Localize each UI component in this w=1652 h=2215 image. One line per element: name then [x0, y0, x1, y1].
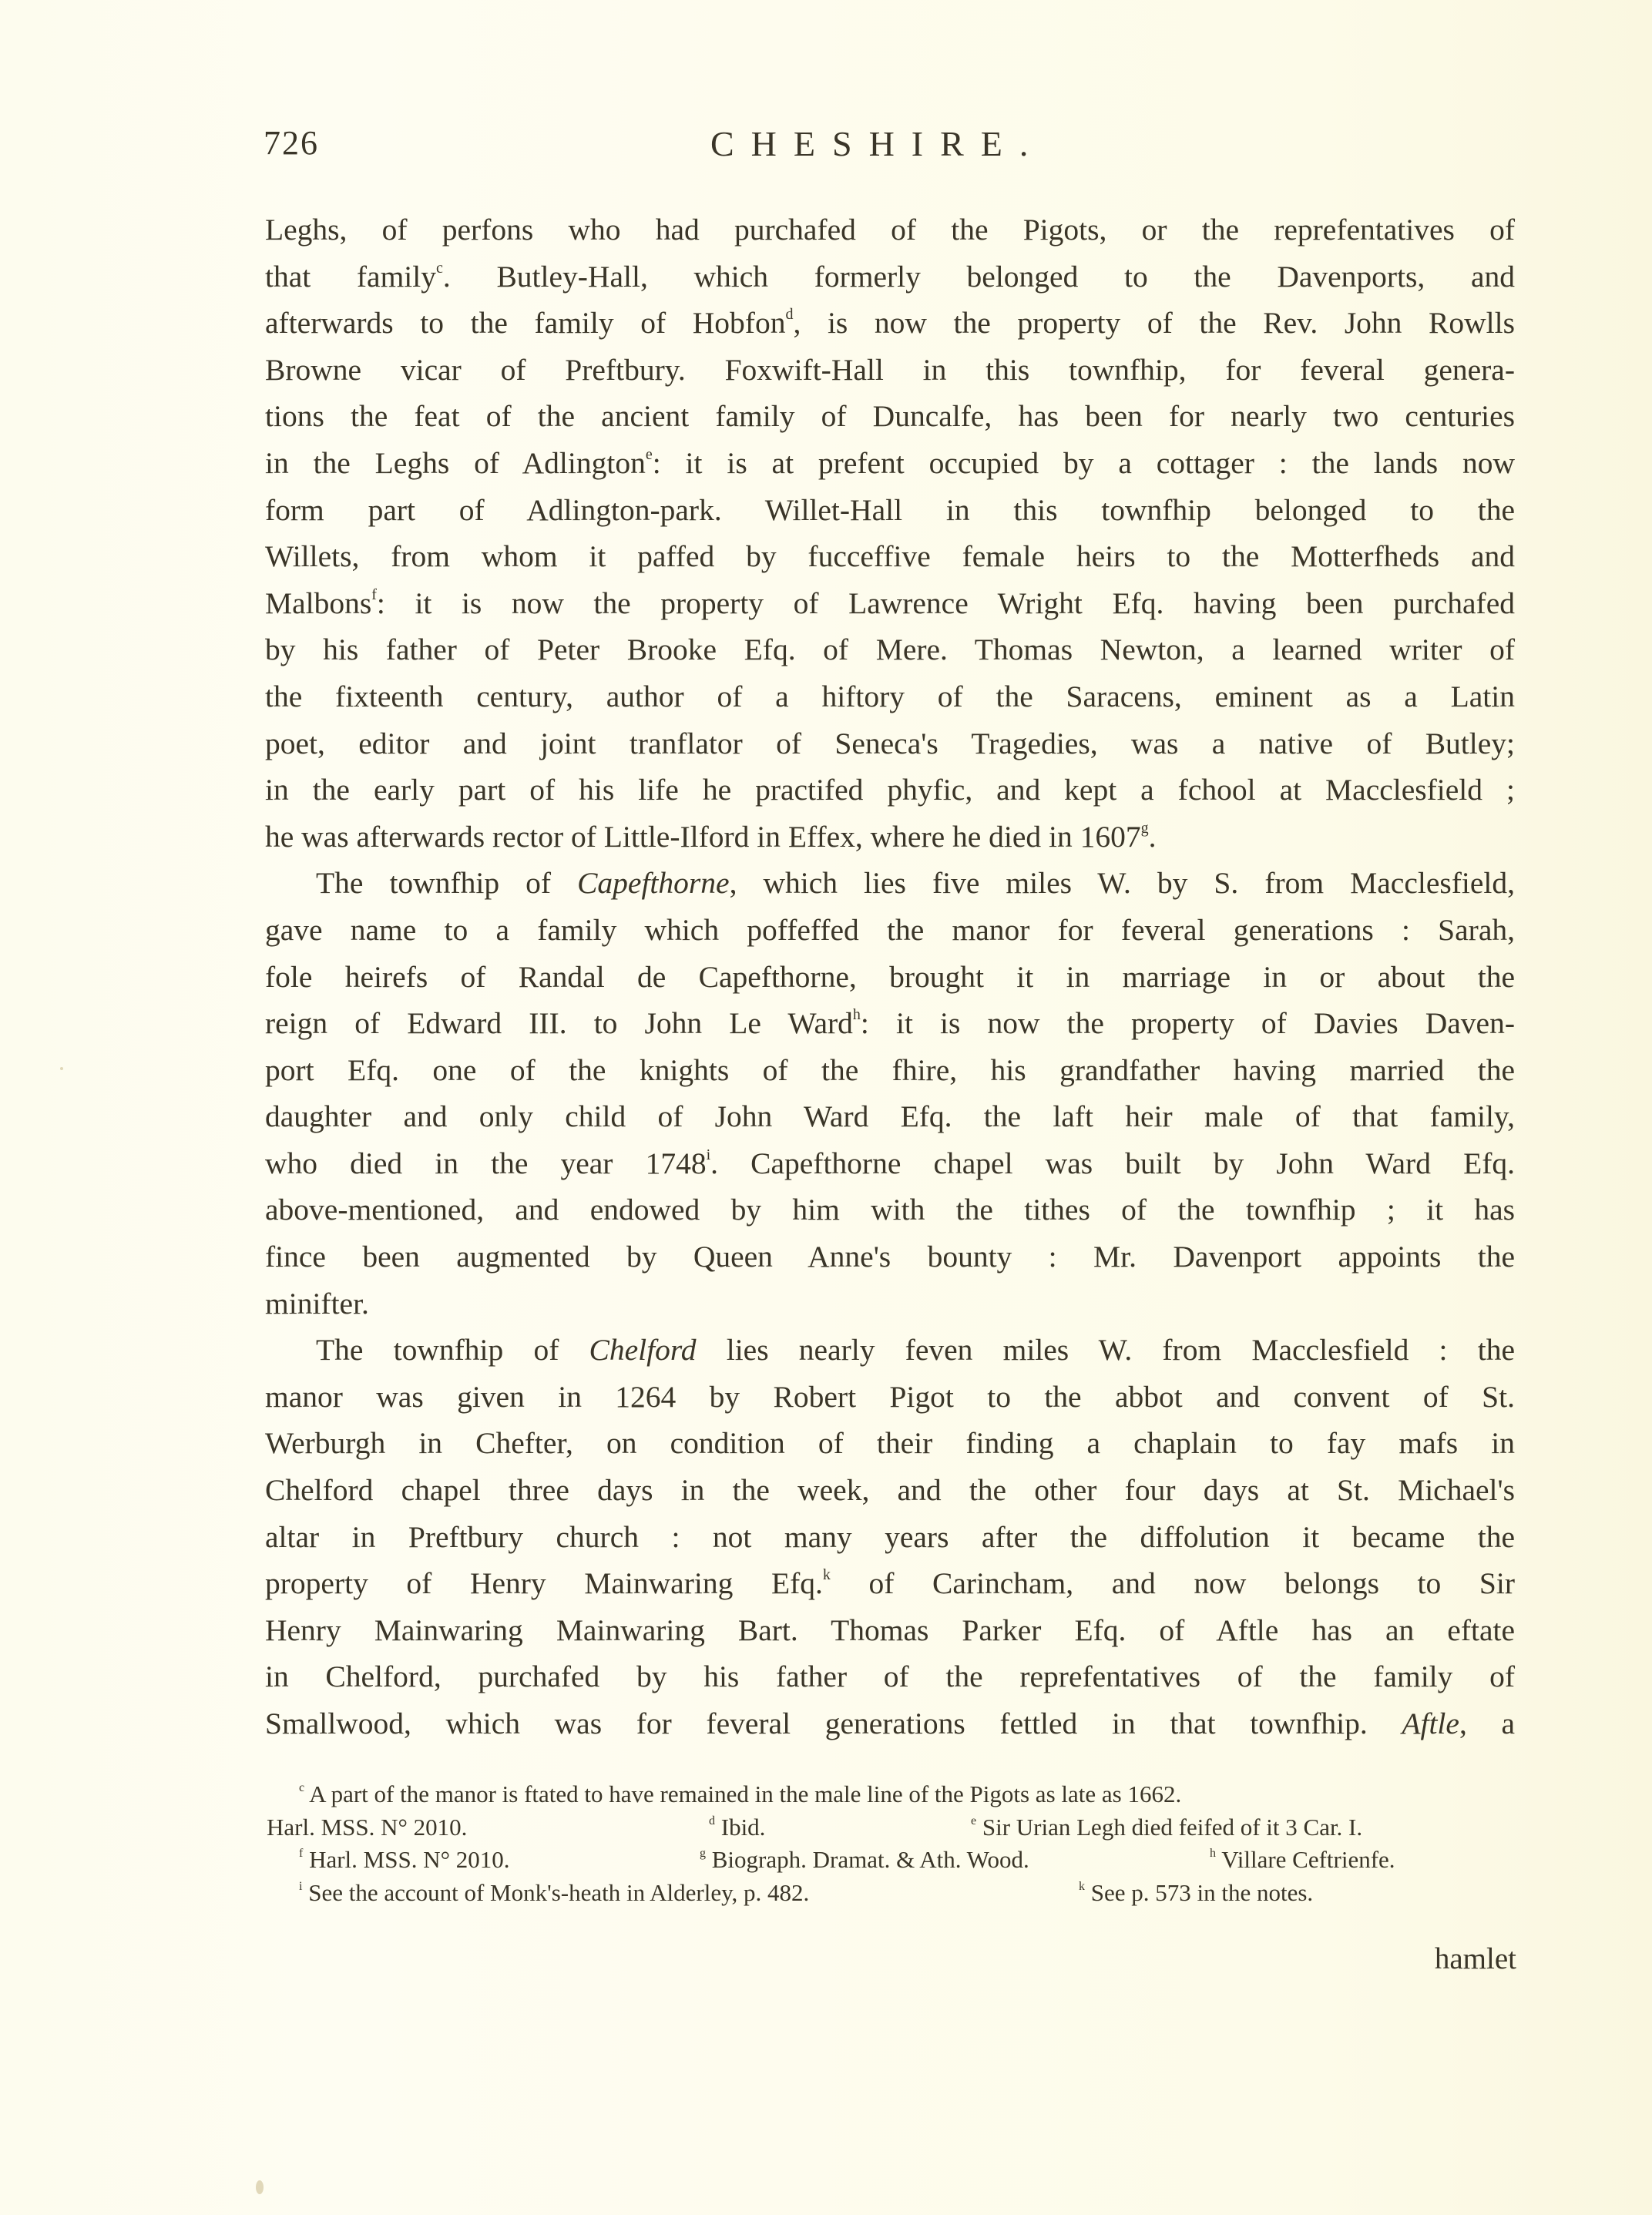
page-number: 726	[264, 123, 319, 163]
text-run: afterwards to the family of Hobfon	[265, 306, 785, 340]
footnote-marker: k	[1079, 1880, 1085, 1893]
text-line: property of Henry Mainwaring Efq.k of Ca…	[265, 1560, 1515, 1607]
text-line: Browne vicar of Preftbury. Foxwift-Hall …	[265, 347, 1515, 394]
text-run: .	[1149, 820, 1157, 854]
text-run: property of Henry Mainwaring Efq.	[265, 1566, 823, 1600]
footnote-reference: k	[823, 1566, 831, 1583]
text-line: Henry Mainwaring Mainwaring Bart. Thomas…	[265, 1607, 1515, 1654]
italic-place-name: Chelford	[589, 1333, 697, 1367]
text-run: in Chelford, purchafed by his father of …	[265, 1660, 1515, 1693]
footnote-marker: e	[971, 1814, 976, 1827]
text-run: by his father of Peter Brooke Efq. of Me…	[265, 633, 1515, 666]
text-run: that family	[265, 260, 436, 294]
text-run: , a	[1459, 1707, 1515, 1740]
footnote-text: Sir Urian Legh died feifed of it 3 Car. …	[982, 1814, 1362, 1841]
text-run: lies nearly feven miles W. from Macclesf…	[697, 1333, 1515, 1367]
footnote-text: Biograph. Dramat. & Ath. Wood.	[712, 1846, 1029, 1873]
text-line: Leghs, of perfons who had purchafed of t…	[265, 206, 1515, 253]
footnote-marker: h	[1210, 1847, 1216, 1860]
text-run: poet, editor and joint tranflator of Sen…	[265, 727, 1515, 760]
footnote-row: f Harl. MSS. N° 2010. g Biograph. Dramat…	[277, 1844, 1515, 1877]
text-line: reign of Edward III. to John Le Wardh: i…	[265, 1000, 1515, 1047]
text-run: Henry Mainwaring Mainwaring Bart. Thomas…	[265, 1613, 1515, 1647]
footnote-reference: f	[371, 586, 377, 603]
footnote-row: i See the account of Monk's-heath in Ald…	[277, 1877, 1515, 1910]
running-head: CHESHIRE.	[710, 123, 1045, 164]
text-run: : it is now the property of Davies Daven…	[861, 1006, 1515, 1040]
footnote-text: See the account of Monk's-heath in Alder…	[308, 1879, 809, 1906]
footnote-reference: h	[853, 1006, 861, 1023]
text-line: Smallwood, which was for feveral generat…	[265, 1700, 1515, 1747]
body-text: Leghs, of perfons who had purchafed of t…	[265, 206, 1515, 1747]
text-line: above-mentioned, and endowed by him with…	[265, 1186, 1515, 1233]
italic-place-name: Capefthorne	[577, 866, 729, 900]
text-run: , which lies five miles W. by S. from Ma…	[730, 866, 1515, 900]
text-run: form part of Adlington-park. Willet-Hall…	[265, 493, 1515, 527]
text-run: The townfhip of	[316, 1333, 589, 1367]
text-line: the fixteenth century, author of a hifto…	[265, 673, 1515, 720]
text-run: manor was given in 1264 by Robert Pigot …	[265, 1380, 1515, 1414]
footnote-reference: c	[436, 260, 443, 277]
text-run: Leghs, of perfons who had purchafed of t…	[265, 213, 1515, 247]
text-run: Chelford chapel three days in the week, …	[265, 1473, 1515, 1507]
footnote-marker: c	[299, 1781, 304, 1794]
text-line: who died in the year 1748i. Capefthorne …	[265, 1140, 1515, 1187]
text-line: afterwards to the family of Hobfond, is …	[265, 300, 1515, 347]
text-line: Chelford chapel three days in the week, …	[265, 1467, 1515, 1514]
text-run: port Efq. one of the knights of the fhir…	[265, 1053, 1515, 1087]
text-run: fole heirefs of Randal de Capefthorne, b…	[265, 960, 1515, 994]
text-run: The townfhip of	[316, 866, 577, 900]
text-run: tions the feat of the ancient family of …	[265, 399, 1515, 433]
footnote-text: Ibid.	[721, 1814, 766, 1841]
text-line: The townfhip of Chelford lies nearly fev…	[265, 1327, 1515, 1374]
footnote-k: k See p. 573 in the notes.	[1079, 1877, 1313, 1910]
text-line: Malbonsf: it is now the property of Lawr…	[265, 580, 1515, 627]
footnote-c: c A part of the manor is ftated to have …	[299, 1778, 1181, 1811]
text-run: who died in the year 1748	[265, 1146, 707, 1180]
footnote-d: d Ibid.	[709, 1811, 765, 1844]
text-line: in the Leghs of Adlingtone: it is at pre…	[265, 440, 1515, 487]
text-line: form part of Adlington-park. Willet-Hall…	[265, 487, 1515, 534]
paper-stain	[256, 2180, 264, 2194]
text-run: Willets, from whom it paffed by fucceffi…	[265, 539, 1515, 573]
text-run: , is now the property of the Rev. John R…	[793, 306, 1515, 340]
text-run: above-mentioned, and endowed by him with…	[265, 1193, 1515, 1227]
text-run: of Carincham, and now belongs to Sir	[831, 1566, 1515, 1600]
text-line: fole heirefs of Randal de Capefthorne, b…	[265, 954, 1515, 1001]
text-run: Malbons	[265, 586, 371, 620]
text-line: he was afterwards rector of Little-Ilfor…	[265, 814, 1515, 861]
footnote-marker: f	[299, 1847, 303, 1860]
text-line: in Chelford, purchafed by his father of …	[265, 1653, 1515, 1700]
text-line: altar in Preftbury church : not many yea…	[265, 1514, 1515, 1561]
footnote-marker: d	[709, 1814, 715, 1827]
page-header: 726 CHESHIRE.	[264, 123, 1516, 169]
text-line: in the early part of his life he practif…	[265, 767, 1515, 814]
footnote-reference: d	[785, 306, 793, 323]
footnote-row: Harl. MSS. N° 2010. d Ibid. e Sir Urian …	[277, 1811, 1515, 1844]
footnote-text: See p. 573 in the notes.	[1091, 1879, 1313, 1906]
text-line: Werburgh in Chefter, on condition of the…	[265, 1420, 1515, 1467]
text-run: gave name to a family which poffeffed th…	[265, 913, 1515, 947]
text-line: daughter and only child of John Ward Efq…	[265, 1093, 1515, 1140]
text-run: : it is now the property of Lawrence Wri…	[377, 586, 1515, 620]
text-run: . Capefthorne chapel was built by John W…	[710, 1146, 1515, 1180]
text-run: the fixteenth century, author of a hifto…	[265, 680, 1515, 713]
footnote-text: Villare Ceftrienfe.	[1221, 1846, 1395, 1873]
text-run: : it is at prefent occupied by a cottage…	[653, 446, 1515, 480]
footnote-marker: i	[299, 1880, 302, 1893]
text-line: gave name to a family which poffeffed th…	[265, 907, 1515, 954]
footnotes: c A part of the manor is ftated to have …	[277, 1778, 1515, 1909]
text-line: by his father of Peter Brooke Efq. of Me…	[265, 626, 1515, 673]
text-run: reign of Edward III. to John Le Ward	[265, 1006, 853, 1040]
footnote-i: i See the account of Monk's-heath in Ald…	[299, 1877, 809, 1910]
text-run: he was afterwards rector of Little-Ilfor…	[265, 820, 1141, 854]
footnote-c-continued: Harl. MSS. N° 2010.	[267, 1811, 467, 1844]
text-line: minifter.	[265, 1280, 1515, 1327]
footnote-marker: g	[700, 1847, 706, 1860]
footnote-text: A part of the manor is ftated to have re…	[309, 1780, 1181, 1807]
text-run: in the Leghs of Adlington	[265, 446, 646, 480]
footnote-h: h Villare Ceftrienfe.	[1210, 1844, 1395, 1877]
text-line: poet, editor and joint tranflator of Sen…	[265, 720, 1515, 767]
footnote-reference: g	[1141, 820, 1149, 837]
footnote-e: e Sir Urian Legh died feifed of it 3 Car…	[971, 1811, 1362, 1844]
paper-speck	[60, 1067, 63, 1070]
text-run: daughter and only child of John Ward Efq…	[265, 1099, 1515, 1133]
text-run: minifter.	[265, 1287, 369, 1321]
text-run: Browne vicar of Preftbury. Foxwift-Hall …	[265, 353, 1515, 387]
text-line: manor was given in 1264 by Robert Pigot …	[265, 1374, 1515, 1421]
text-line: port Efq. one of the knights of the fhir…	[265, 1047, 1515, 1094]
footnote-g: g Biograph. Dramat. & Ath. Wood.	[700, 1844, 1029, 1877]
text-line: fince been augmented by Queen Anne's bou…	[265, 1233, 1515, 1280]
footnote-text: Harl. MSS. N° 2010.	[309, 1846, 509, 1873]
text-run: Smallwood, which was for feveral generat…	[265, 1707, 1402, 1740]
text-line: Willets, from whom it paffed by fucceffi…	[265, 533, 1515, 580]
italic-place-name: Aftle	[1402, 1707, 1459, 1740]
footnote-row: c A part of the manor is ftated to have …	[277, 1778, 1515, 1811]
text-run: fince been augmented by Queen Anne's bou…	[265, 1240, 1515, 1274]
text-line: The townfhip of Capefthorne, which lies …	[265, 860, 1515, 907]
text-line: tions the feat of the ancient family of …	[265, 393, 1515, 440]
text-line: that familyc. Butley-Hall, which formerl…	[265, 253, 1515, 300]
text-run: . Butley-Hall, which formerly belonged t…	[443, 260, 1515, 294]
text-run: altar in Preftbury church : not many yea…	[265, 1520, 1515, 1554]
text-run: in the early part of his life he practif…	[265, 773, 1515, 807]
catchword: hamlet	[1435, 1941, 1516, 1976]
footnote-reference: e	[646, 446, 653, 463]
footnote-f: f Harl. MSS. N° 2010.	[299, 1844, 510, 1877]
text-run: Werburgh in Chefter, on condition of the…	[265, 1426, 1515, 1460]
